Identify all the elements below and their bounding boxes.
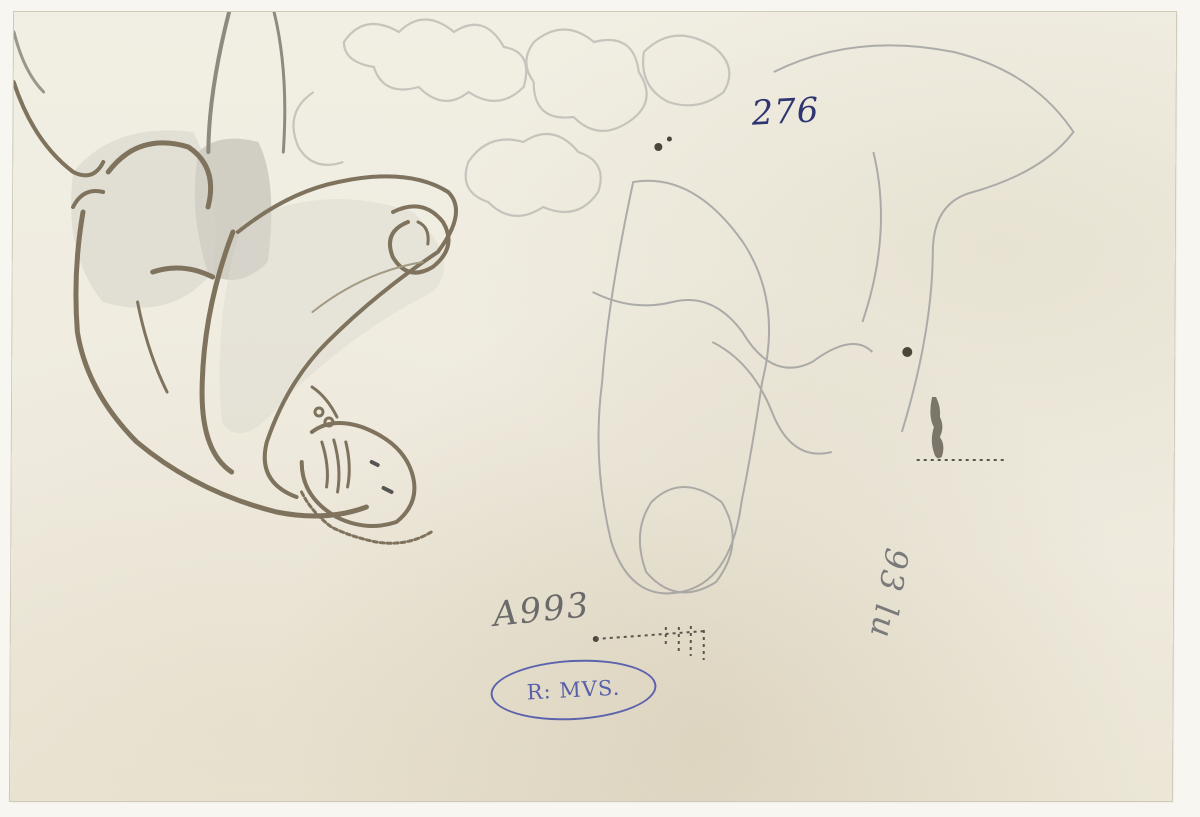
wash-figure-sketch	[11, 12, 457, 543]
graphite-head-sketch	[591, 45, 1074, 593]
stamp-text: R: MVS.	[526, 676, 621, 705]
sheet-number-inscription: 276	[751, 90, 821, 133]
ink-dashes	[596, 460, 1007, 660]
paper-sheet: 276 A993 93 lu R: MVS.	[10, 12, 1176, 801]
cloud-outlines	[293, 20, 730, 216]
